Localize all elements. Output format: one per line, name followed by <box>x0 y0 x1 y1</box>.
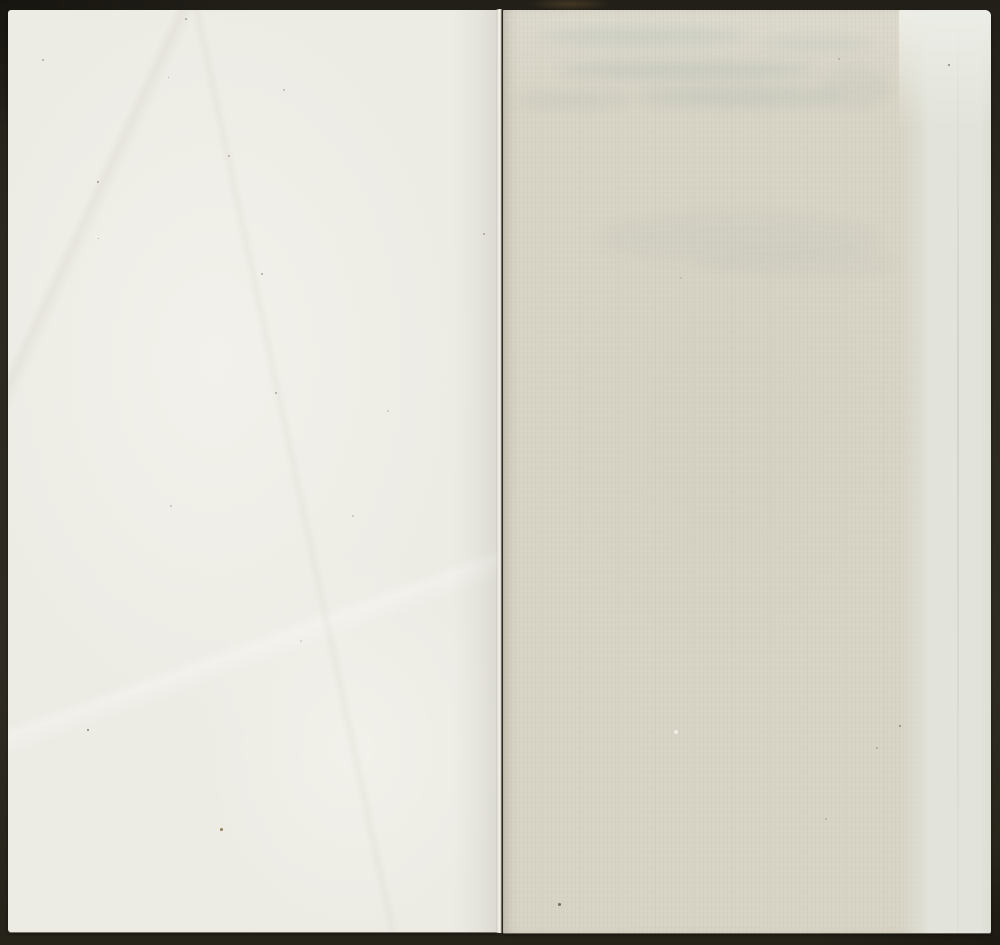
guard-strip <box>899 10 991 933</box>
left-page-creases <box>8 10 499 932</box>
left-page-gutter-shadow <box>453 10 499 932</box>
right-page <box>503 10 991 933</box>
book-scan <box>0 0 1000 945</box>
guard-strip-crease <box>957 10 959 933</box>
left-page <box>8 10 499 932</box>
